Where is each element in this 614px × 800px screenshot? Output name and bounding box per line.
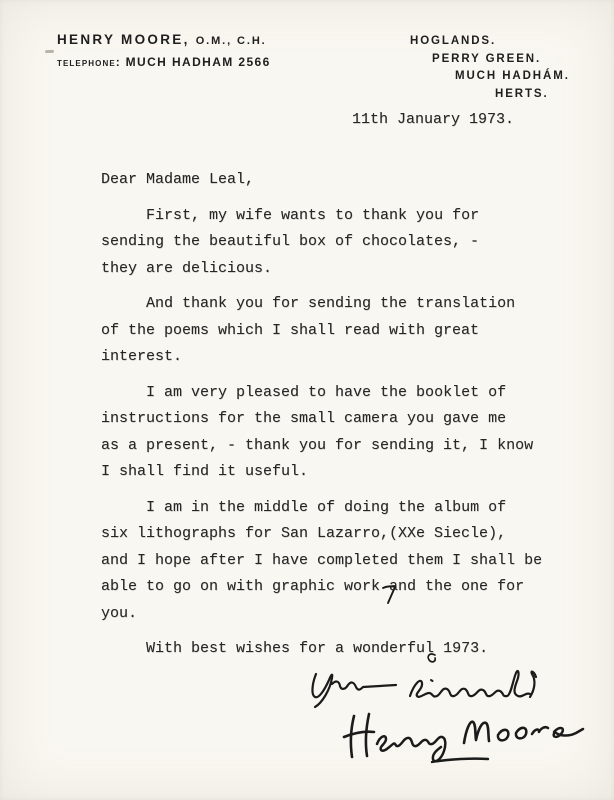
- signature-handwriting: [280, 640, 614, 795]
- address-line: HOGLANDS.: [410, 33, 570, 51]
- sender-honors: O.M., C.H.: [196, 35, 267, 47]
- paragraph: And thank you for sending the translatio…: [101, 291, 581, 371]
- address-line: HERTS.: [410, 86, 570, 104]
- paragraph: I am in the middle of doing the album of…: [101, 495, 581, 628]
- sender-name: HENRY MOORE,: [57, 32, 190, 47]
- signature-name-handwriting: [344, 714, 583, 762]
- handwritten-insertion-mark: [428, 654, 435, 662]
- letter-page: HENRY MOORE, O.M., C.H. Telephone: MUCH …: [0, 0, 614, 800]
- sender-name-line: HENRY MOORE, O.M., C.H.: [57, 32, 271, 49]
- paragraph: First, my wife wants to thank you for se…: [101, 203, 581, 283]
- address-line: MUCH HADHÁM.: [410, 68, 570, 86]
- letterhead-address: HOGLANDS. PERRY GREEN. MUCH HADHÁM. HERT…: [410, 33, 570, 103]
- scan-artifact-dash: [45, 50, 54, 53]
- telephone-number: MUCH HADHAM 2566: [126, 55, 271, 69]
- closing-handwriting: [312, 671, 536, 707]
- telephone-label: Telephone:: [57, 55, 121, 69]
- salutation: Dear Madame Leal,: [101, 167, 581, 194]
- address-line: PERRY GREEN.: [410, 51, 570, 69]
- letterhead-left: HENRY MOORE, O.M., C.H. Telephone: MUCH …: [57, 32, 271, 69]
- date-line: 11th January 1973.: [352, 111, 514, 128]
- paragraph: I am very pleased to have the booklet of…: [101, 380, 581, 486]
- telephone-line: Telephone: MUCH HADHAM 2566: [57, 55, 271, 69]
- letter-body: Dear Madame Leal, First, my wife wants t…: [101, 167, 581, 672]
- handwritten-comma-mark: [380, 584, 400, 606]
